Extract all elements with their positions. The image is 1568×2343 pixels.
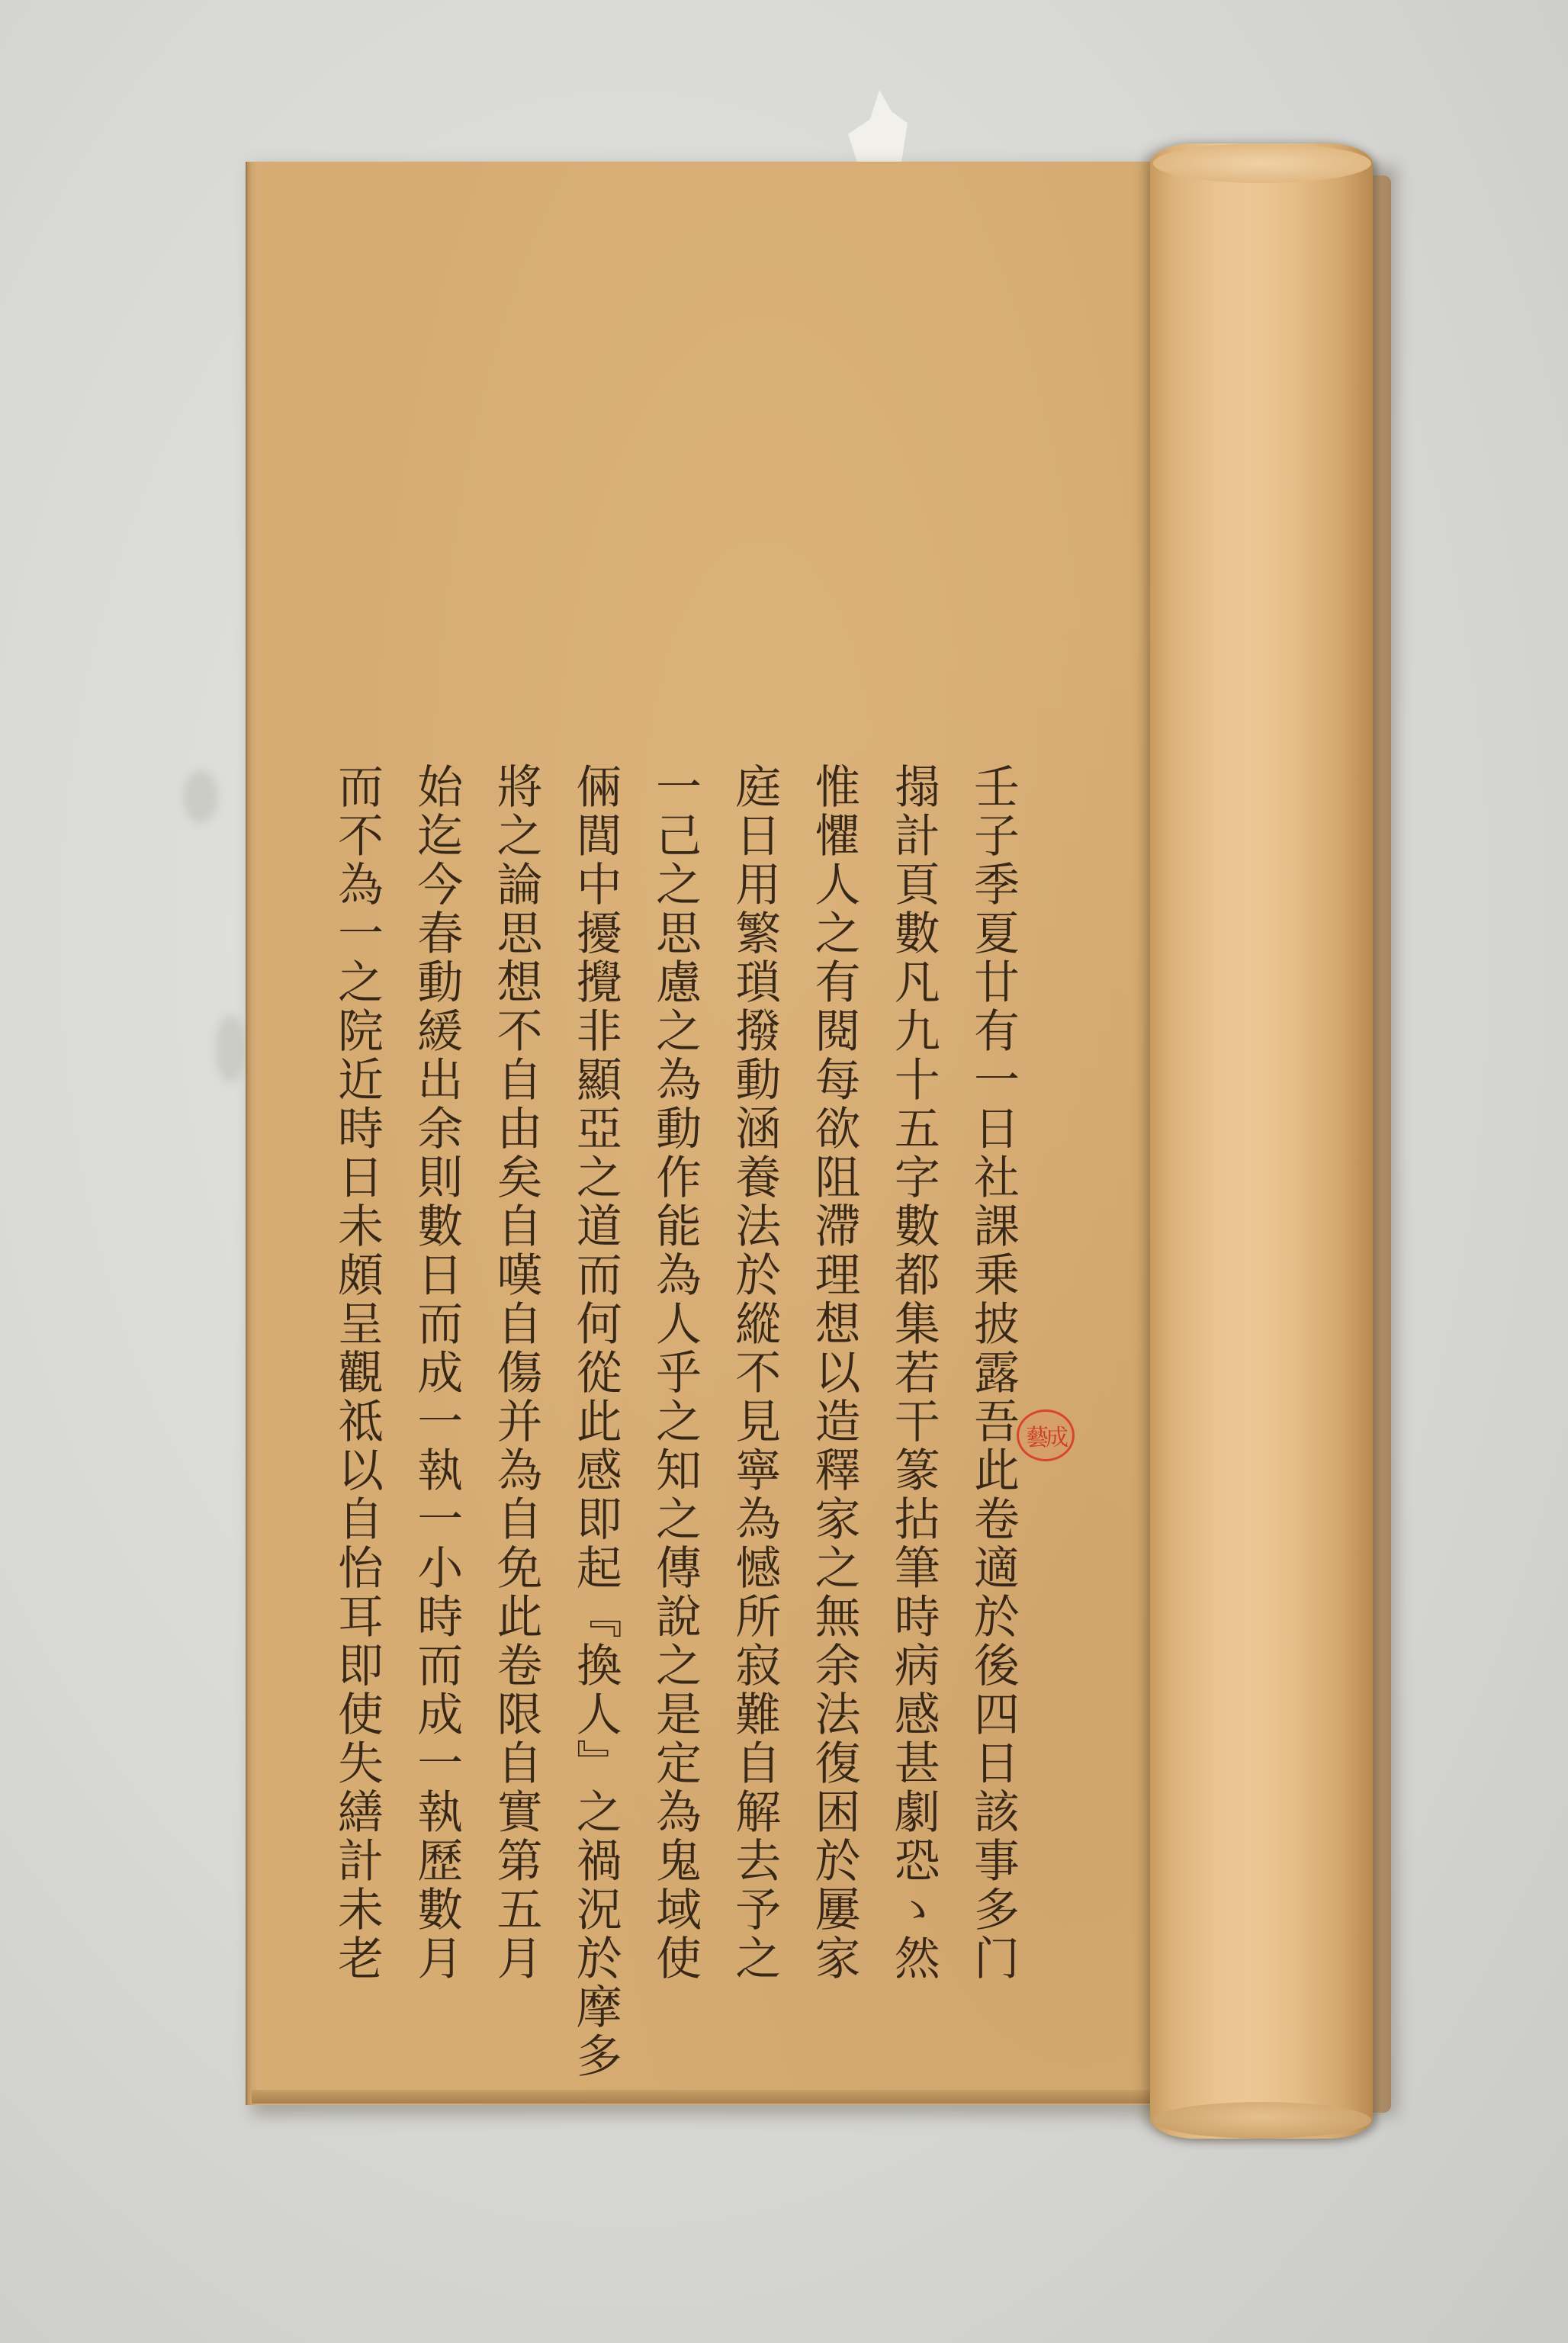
text-column-1: 壬子季夏廿有一日社課乗披露吾此卷適於後四日該事多门: [956, 763, 1030, 1952]
page-bottom-edge: [252, 2090, 1174, 2104]
text-column-5: 一己之思慮之為動作能為人乎之知之傳說之是定為鬼域使: [638, 763, 712, 1952]
rolled-leaf-bottom: [1153, 2102, 1371, 2139]
text-column-9: 而不為一之院近時日未頗呈觀祗以自怡耳即使失繕計未老: [320, 763, 394, 1952]
text-column-4: 庭日用繁瑣撥動涵養法於縱不見寧為憾所寂難自解去予之: [718, 763, 791, 1952]
red-seal-stamp: 藝成: [1017, 1409, 1075, 1461]
wall-stain: [183, 770, 218, 824]
text-column-3: 惟懼人之有閱每欲阻滯理想以造釋家之無余法復困於屢家: [798, 763, 871, 1952]
wall-stain: [215, 1014, 246, 1083]
rolled-leaf[interactable]: [1150, 143, 1373, 2139]
text-column-6: 倆閭中擾攪非顯亞之道而何從此感即起『換人』之禍況於摩多: [559, 763, 632, 1952]
paper-tag-scrap: [845, 90, 908, 163]
text-column-8: 始迄今春動緩出余則數日而成一執一小時而成一執歷數月: [400, 763, 473, 1952]
text-column-2: 搨計頁數凡九十五字數都集若干篆拈筆時病感甚劇恐ゝ然: [877, 763, 950, 1952]
manuscript-text: 壬子季夏廿有一日社課乗披露吾此卷適於後四日該事多门 搨計頁數凡九十五字數都集若干…: [320, 763, 1030, 1952]
seal-text: 藝成: [1026, 1419, 1065, 1452]
text-column-7: 將之論思想不自由矣自嘆自傷并為自免此卷限自實第五月: [480, 763, 553, 1952]
rolled-leaf-top: [1153, 143, 1371, 183]
